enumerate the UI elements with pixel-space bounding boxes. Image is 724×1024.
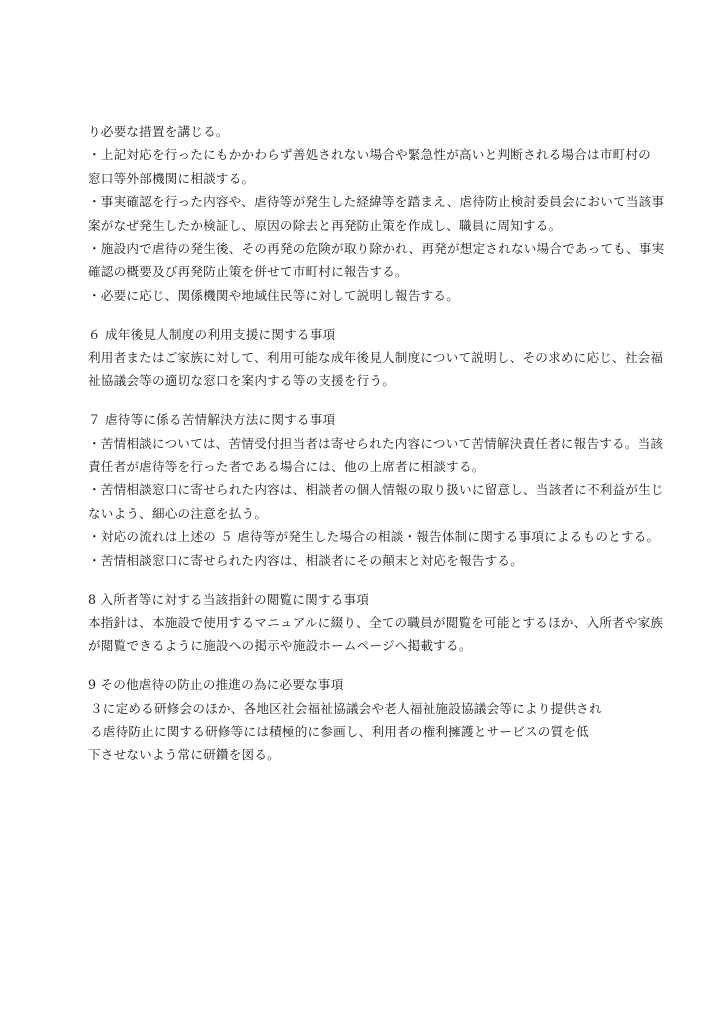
text-line: ３に定める研修会のほか、各地区社会福祉協議会や老人福祉施設協議会等により提供され — [88, 697, 668, 720]
text-line: 案がなぜ発生したか検証し、原因の除去と再発防止策を作成し、職員に周知する。 — [88, 214, 668, 237]
section-heading: 8 入所者等に対する当該指針の閲覧に関する事項 — [88, 588, 668, 611]
section-heading: 9 その他虐待の防止の推進の為に必要な事項 — [88, 673, 668, 696]
text-line: り必要な措置を講じる。 — [88, 120, 668, 143]
section-heading: ６ 成年後見人制度の利用支援に関する事項 — [88, 323, 668, 346]
text-line: 確認の概要及び再発防止策を併せて市町村に報告する。 — [88, 260, 668, 283]
section-heading: ７ 虐待等に係る苦情解決方法に関する事項 — [88, 408, 668, 431]
section-7: ７ 虐待等に係る苦情解決方法に関する事項 ・苦情相談については、苦情受付担当者は… — [88, 408, 668, 572]
spacer — [88, 658, 668, 674]
spacer — [88, 307, 668, 323]
spacer — [88, 572, 668, 588]
text-line: ・苦情相談窓口に寄せられた内容は、相談者にその顛末と対応を報告する。 — [88, 549, 668, 572]
section-6: ６ 成年後見人制度の利用支援に関する事項 利用者またはご家族に対して、利用可能な… — [88, 323, 668, 393]
text-line: ・苦情相談窓口に寄せられた内容は、相談者の個人情報の取り扱いに留意し、当該者に不… — [88, 478, 668, 501]
text-line: ・上記対応を行ったにもかかわらず善処されない場合や緊急性が高いと判断される場合は… — [88, 143, 668, 166]
text-line: ・苦情相談については、苦情受付担当者は寄せられた内容について苦情解決責任者に報告… — [88, 432, 668, 455]
text-line: ・対応の流れは上述の ５ 虐待等が発生した場合の相談・報告体制に関する事項による… — [88, 525, 668, 548]
text-line: が閲覧できるように施設への掲示や施設ホームページへ掲載する。 — [88, 634, 668, 657]
text-line: ・施設内で虐待の発生後、その再発の危険が取り除かれ、再発が想定されない場合であっ… — [88, 237, 668, 260]
text-line: ・事実確認を行った内容や、虐待等が発生した経緯等を踏まえ、虐待防止検討委員会にお… — [88, 190, 668, 213]
text-line: ないよう、細心の注意を払う。 — [88, 502, 668, 525]
text-line: 窓口等外部機関に相談する。 — [88, 167, 668, 190]
section-8: 8 入所者等に対する当該指針の閲覧に関する事項 本指針は、本施設で使用するマニュ… — [88, 588, 668, 658]
intro-block: り必要な措置を講じる。 ・上記対応を行ったにもかかわらず善処されない場合や緊急性… — [88, 120, 668, 307]
text-line: 祉協議会等の適切な窓口を案内する等の支援を行う。 — [88, 369, 668, 392]
spacer — [88, 393, 668, 409]
text-line: ・必要に応じ、関係機関や地域住民等に対して説明し報告する。 — [88, 284, 668, 307]
text-line: 下させないよう常に研鑽を図る。 — [88, 743, 668, 766]
text-line: 本指針は、本施設で使用するマニュアルに綴り、全ての職員が閲覧を可能とするほか、入… — [88, 611, 668, 634]
document-page: り必要な措置を講じる。 ・上記対応を行ったにもかかわらず善処されない場合や緊急性… — [88, 120, 668, 767]
text-line: 利用者またはご家族に対して、利用可能な成年後見人制度について説明し、その求めに応… — [88, 346, 668, 369]
text-line: る虐待防止に関する研修等には積極的に参画し、利用者の権利擁護とサービスの質を低 — [88, 720, 668, 743]
section-9: 9 その他虐待の防止の推進の為に必要な事項 ３に定める研修会のほか、各地区社会福… — [88, 673, 668, 767]
text-line: 責任者が虐待等を行った者である場合には、他の上席者に相談する。 — [88, 455, 668, 478]
